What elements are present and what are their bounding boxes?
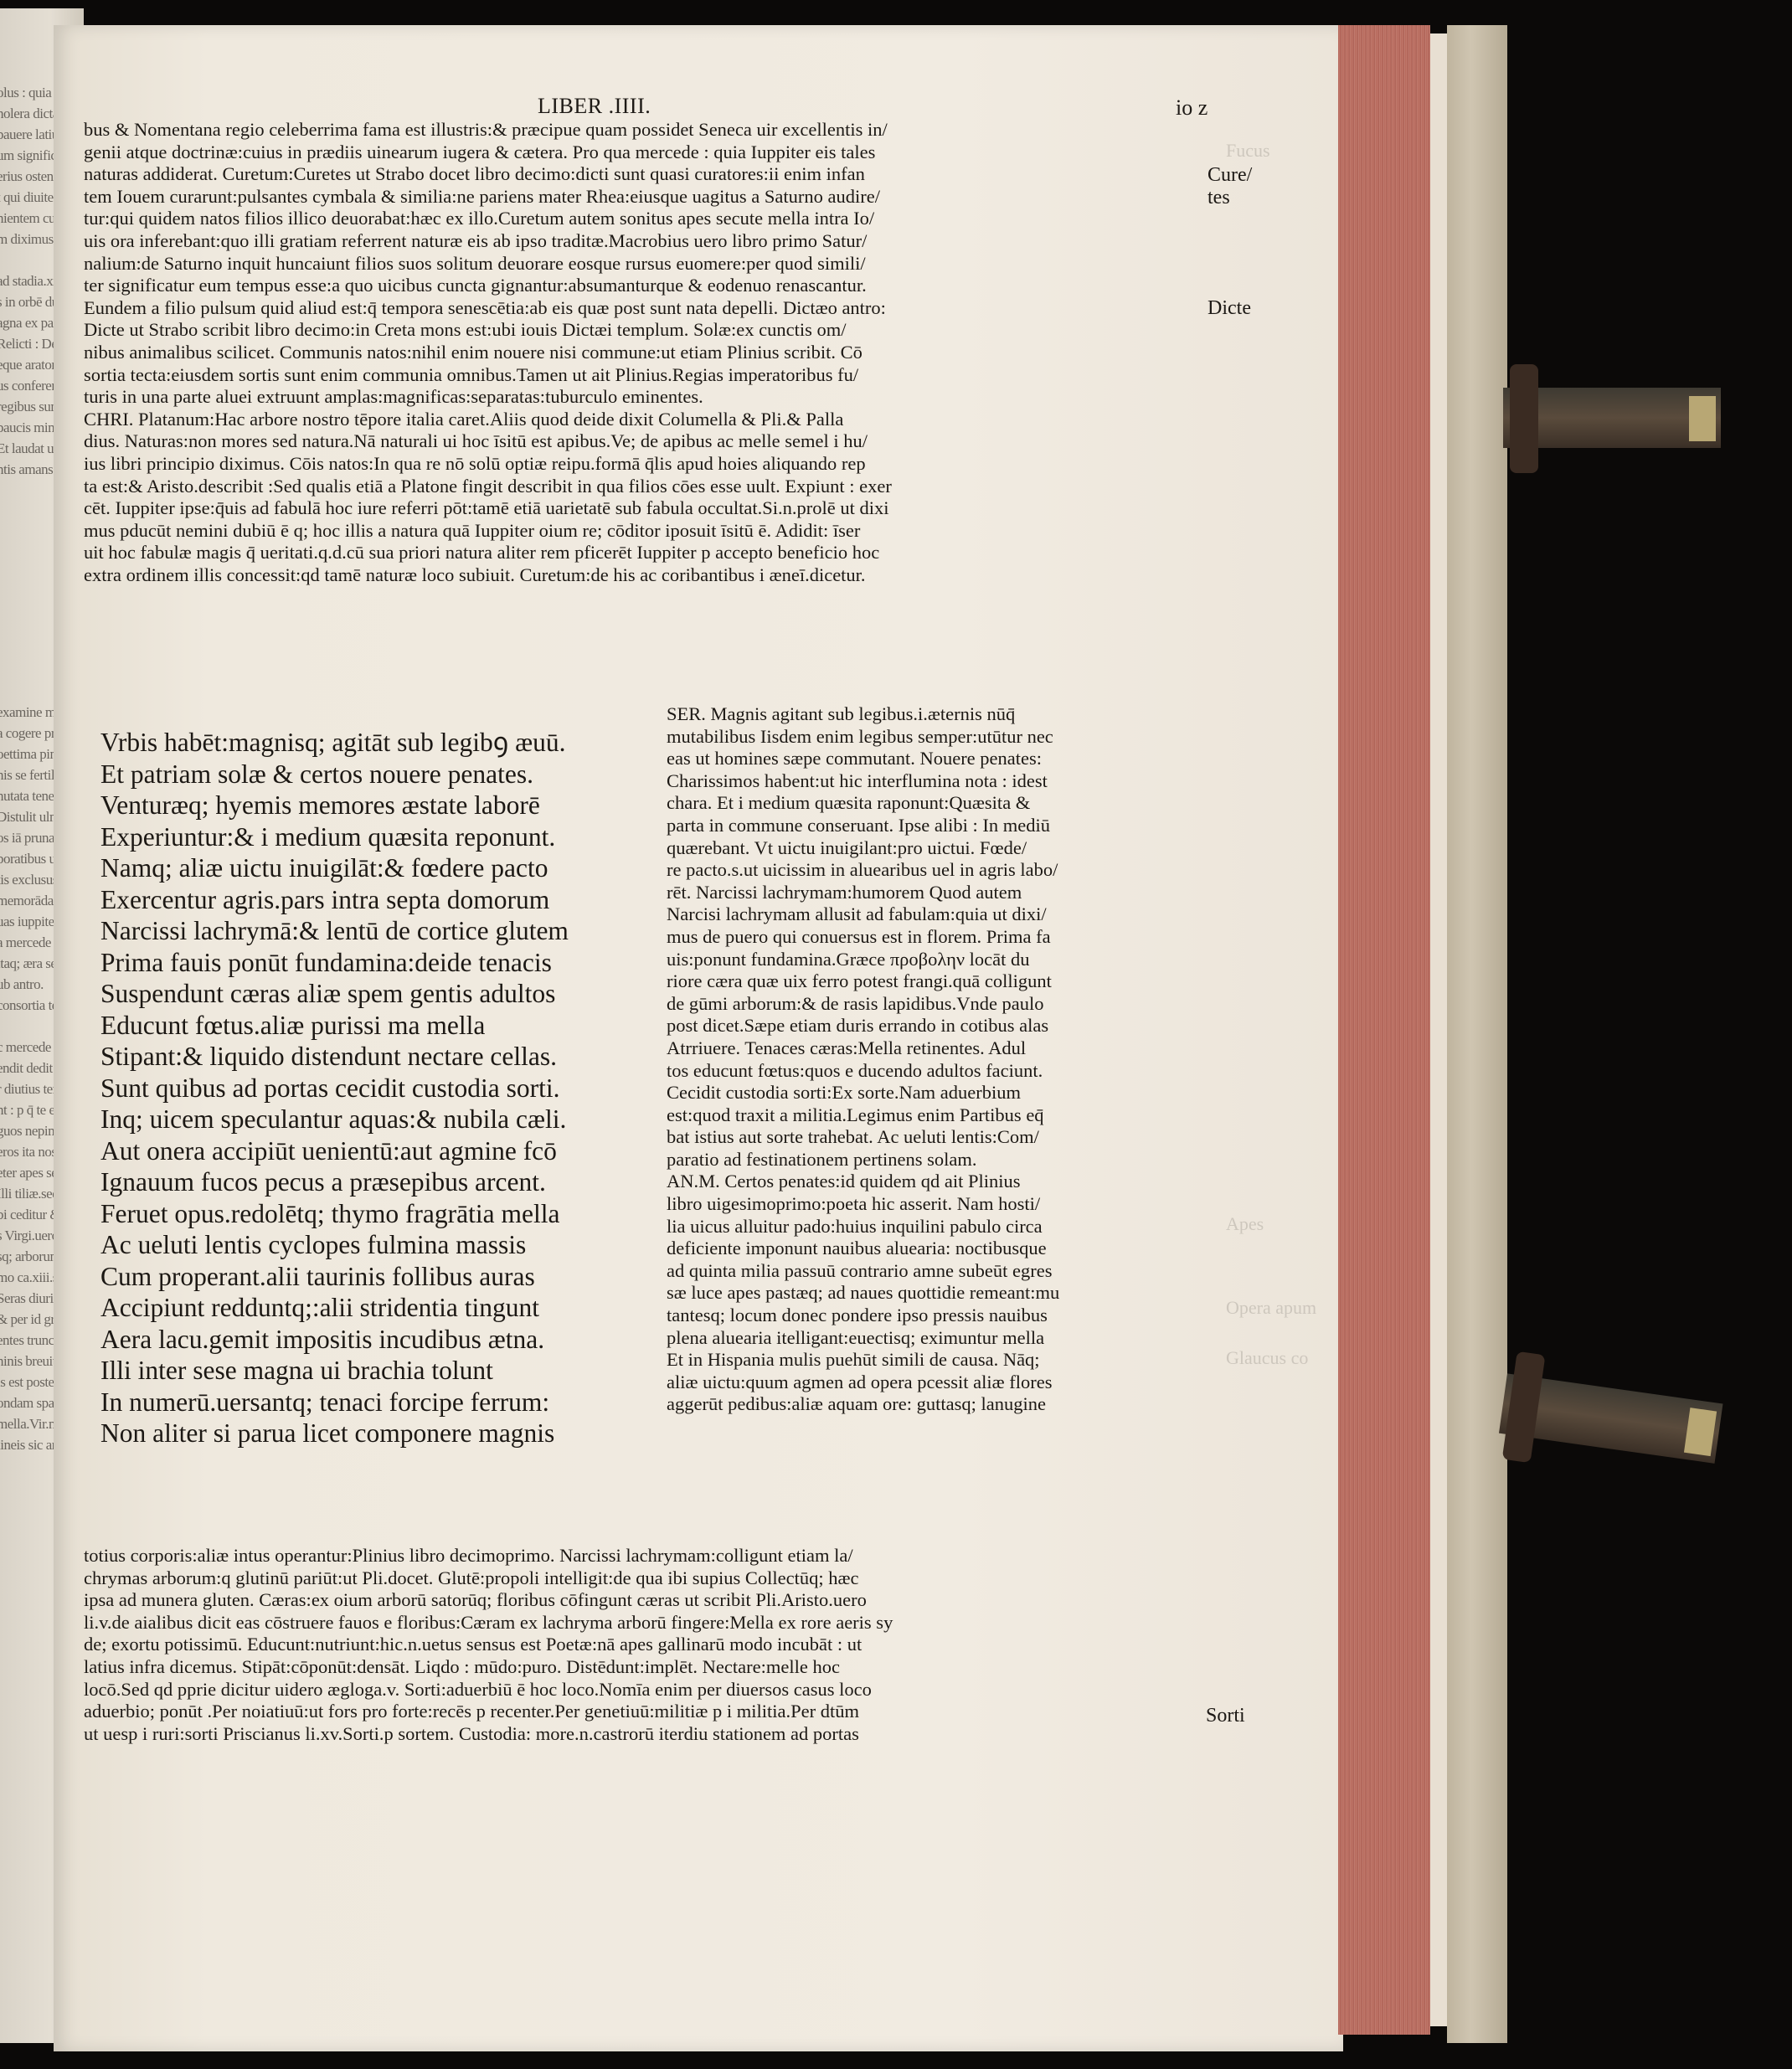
commentary-line: aduerbio; ponūt .Per noiatiuū:ut fors pr… (84, 1701, 1231, 1723)
commentary-line: Cecidit custodia sorti:Ex sorte.Nam adue… (667, 1082, 1236, 1104)
commentary-line: ipsa ad munera gluten. Cæras:ex oium arb… (84, 1589, 1231, 1612)
commentary-line: Dicte ut Strabo scribit libro decimo:in … (84, 319, 1231, 342)
verse-line: In numerū.uersantq; tenaci forcipe ferru… (100, 1387, 653, 1418)
commentary-line: parta in commune conseruant. Ipse alibi … (667, 815, 1236, 837)
verse-line: Illi inter sese magna ui brachia tolunt (100, 1355, 653, 1387)
commentary-line: uit hoc fabulæ magis q̄ ueritati.q.d.cū … (84, 542, 1231, 564)
verse-line: Suspendunt cæras aliæ spem gentis adulto… (100, 978, 653, 1010)
clasp-tab (1684, 1408, 1717, 1456)
verse-line: Aut onera accipiūt uenientū:aut agmine f… (100, 1135, 653, 1167)
commentary-line: paratio ad festinationem pertinens solam… (667, 1149, 1236, 1171)
show-through-text: Fucus (1226, 141, 1270, 161)
marginal-note-line: tes (1208, 187, 1252, 209)
commentary-line: totius corporis:aliæ intus operantur:Pli… (84, 1545, 1231, 1567)
commentary-line: extra ordinem illis concessit:qd tamē na… (84, 564, 1231, 587)
verse-line: Inq; uicem speculantur aquas:& nubila cæ… (100, 1104, 653, 1135)
commentary-line: Eundem a filio pulsum quid aliud est:q̄ … (84, 297, 1231, 320)
commentary-line: naturas addiderat. Curetum:Curetes ut St… (84, 163, 1231, 186)
commentary-line: Et in Hispania mulis puehūt simili de ca… (667, 1349, 1236, 1372)
commentary-line: cēt. Iuppiter ipse:q̄uis ad fabulā hoc i… (84, 497, 1231, 520)
commentary-line: li.v.de aialibus dicit eas cōstruere fau… (84, 1612, 1231, 1634)
verse-line: Vrbis habēt:magnisq; agitāt sub legibꝯ æ… (100, 727, 653, 759)
verse-line: Non aliter si parua licet componere magn… (100, 1418, 653, 1449)
verse-text: Vrbis habēt:magnisq; agitāt sub legibꝯ æ… (100, 727, 653, 1449)
commentary-line: aggerūt pedibus:aliæ aquam ore: guttasq;… (667, 1393, 1236, 1416)
clasp-knob (1502, 1351, 1546, 1463)
verse-line: Stipant:& liquido distendunt nectare cel… (100, 1041, 653, 1073)
verse-line: Sunt quibus ad portas cecidit custodia s… (100, 1073, 653, 1104)
facing-page-line: ub antro. (0, 975, 44, 994)
commentary-line: ut uesp i ruri:sorti Priscianus li.xv.So… (84, 1723, 1231, 1746)
marginal-note-dicte: Dicte (1208, 297, 1251, 320)
commentary-line: Atrriuere. Tenaces cæras:Mella retinente… (667, 1037, 1236, 1060)
commentary-line: Narcisi lachrymam allusit ad fabulam:qui… (667, 903, 1236, 926)
commentary-line: post dicet.Sæpe etiam duris errando in c… (667, 1015, 1236, 1037)
commentary-line: mus de puero qui conuersus est in florem… (667, 926, 1236, 949)
commentary-line: aliæ uictu:quum agmen ad opera pcessit a… (667, 1372, 1236, 1394)
commentary-line: sortia tecta:eiusdem sortis sunt enim co… (84, 364, 1231, 387)
commentary-line: rēt. Narcissi lachrymam:humorem Quod aut… (667, 882, 1236, 904)
verse-line: Narcissi lachrymā:& lentū de cortice glu… (100, 915, 653, 947)
commentary-line: uis ora inferebant:quo illi gratiam refe… (84, 230, 1231, 253)
commentary-line: SER. Magnis agitant sub legibus.i.æterni… (667, 703, 1236, 726)
commentary-line: tur:qui quidem natos filios illico deuor… (84, 208, 1231, 230)
commentary-line: est:quod traxit a militia.Legimus enim P… (667, 1104, 1236, 1127)
vellum-binding (1447, 25, 1507, 2043)
verse-line: Aera lacu.gemit impositis incudibus ætna… (100, 1324, 653, 1356)
commentary-line: plena aluearia itelligant:euectisq; exim… (667, 1327, 1236, 1350)
verse-line: Experiuntur:& i medium quæsita reponunt. (100, 821, 653, 853)
verse-line: Prima fauis ponūt fundamina:deide tenaci… (100, 947, 653, 979)
clasp-upper (1503, 388, 1721, 448)
commentary-line: sæ luce apes pastæq; ad naues quottidie … (667, 1282, 1236, 1305)
commentary-line: riore cæra quæ uix ferro potest frangi.q… (667, 970, 1236, 993)
commentary-line: uis:ponunt fundamina.Græce προβολην locā… (667, 949, 1236, 971)
clasp-tab (1689, 396, 1716, 441)
commentary-line: de gūmi arborum:& de rasis lapidibus.Vnd… (667, 993, 1236, 1016)
page-edge (1430, 33, 1447, 2026)
commentary-line: mutabilibus Iisdem enim legibus semper:u… (667, 726, 1236, 749)
marginal-note-sorti: Sorti (1206, 1705, 1245, 1727)
facing-page-line: oettima pin (0, 745, 56, 764)
commentary-line: Charissimos habent:ut hic interflumina n… (667, 770, 1236, 793)
commentary-line: deficiente imponunt nauibus aluearia: no… (667, 1238, 1236, 1260)
commentary-line: bus & Nomentana regio celeberrima fama e… (84, 119, 1231, 142)
commentary-line: ter significatur eum tempus esse:a quo u… (84, 275, 1231, 297)
marginal-note-curetes: Cure/ tes (1208, 164, 1252, 209)
facing-page-line: a cogere pre (0, 724, 61, 743)
clasp-knob (1510, 364, 1538, 473)
verse-line: Et patriam solæ & certos nouere penates. (100, 759, 653, 790)
commentary-line: latius infra dicemus. Stipāt:cōponūt:den… (84, 1656, 1231, 1679)
commentary-line: de; exortu potissimū. Educunt:nutriunt:h… (84, 1634, 1231, 1656)
verse-line: Cum properant.alii taurinis follibus aur… (100, 1261, 653, 1293)
show-through-text: Apes (1226, 1214, 1264, 1234)
bottom-commentary: totius corporis:aliæ intus operantur:Pli… (84, 1545, 1231, 1745)
commentary-line: turis in una parte aluei extruunt amplas… (84, 386, 1231, 409)
book-page: LIBER .IIII. io z bus & Nomentana regio … (54, 25, 1343, 2051)
verse-line: Venturæq; hyemis memores æstate laborē (100, 790, 653, 821)
folio-number: io z (1176, 95, 1208, 121)
commentary-line: tem Iouem curarunt:pulsantes cymbala & s… (84, 186, 1231, 208)
commentary-line: ta est:& Aristo.describit :Sed qualis et… (84, 476, 1231, 498)
clasp-lower (1499, 1373, 1722, 1463)
commentary-line: lia uicus alluitur pado:huius inquilini … (667, 1216, 1236, 1238)
commentary-line: libro uigesimoprimo:poeta hic asserit. N… (667, 1193, 1236, 1216)
red-fore-edge (1338, 25, 1430, 2035)
commentary-line: nalium:de Saturno inquit huncaiunt filio… (84, 253, 1231, 275)
commentary-line: dius. Naturas:non mores sed natura.Nā na… (84, 430, 1231, 453)
side-commentary: SER. Magnis agitant sub legibus.i.æterni… (667, 703, 1236, 1416)
show-through-text: Glaucus co (1226, 1348, 1308, 1368)
commentary-line: bat istius aut sorte trahebat. Ac ueluti… (667, 1126, 1236, 1149)
verse-line: Namq; aliæ uictu inuigilāt:& fœdere pact… (100, 852, 653, 884)
commentary-line: ad quinta milia passuū contrario amne su… (667, 1260, 1236, 1283)
verse-line: Accipiunt redduntq;:alii stridentia ting… (100, 1292, 653, 1324)
commentary-line: chara. Et i medium quæsita raponunt:Quæs… (667, 792, 1236, 815)
commentary-line: chrymas arborum:q glutinū pariūt:ut Pli.… (84, 1567, 1231, 1590)
commentary-line: mus pducūt nemini dubiū ē q; hoc illis a… (84, 520, 1231, 543)
commentary-line: tantesq; locum donec pondere ipso pressi… (667, 1305, 1236, 1327)
verse-line: Feruet opus.redolētq; thymo fragrātia me… (100, 1198, 653, 1230)
commentary-line: genii atque doctrinæ:cuius in prædiis ui… (84, 142, 1231, 164)
verse-line: Ignauum fucos pecus a præsepibus arcent. (100, 1166, 653, 1198)
commentary-line: re pacto.s.ut uicissim in aluearibus uel… (667, 859, 1236, 882)
commentary-line: CHRI. Platanum:Hac arbore nostro tēpore … (84, 409, 1231, 431)
commentary-line: nibus animalibus scilicet. Communis nato… (84, 342, 1231, 364)
commentary-line: tos educunt fœtus:quos e ducendo adultos… (667, 1060, 1236, 1083)
commentary-line: quærebant. Vt uictu inuigilant:pro uictu… (667, 837, 1236, 860)
running-title: LIBER .IIII. (538, 94, 651, 119)
verse-line: Exercentur agris.pars intra septa domoru… (100, 884, 653, 916)
top-commentary: bus & Nomentana regio celeberrima fama e… (84, 119, 1231, 586)
commentary-line: locō.Sed qd pprie dicitur uidero ægloga.… (84, 1679, 1231, 1701)
show-through-text: Opera apum (1226, 1298, 1316, 1318)
commentary-line: AN.M. Certos penates:id quidem qd ait Pl… (667, 1171, 1236, 1193)
commentary-line: eas ut homines sæpe commutant. Nouere pe… (667, 748, 1236, 770)
commentary-line: ius libri principio diximus. Cōis natos:… (84, 453, 1231, 476)
verse-line: Educunt fœtus.aliæ purissi ma mella (100, 1010, 653, 1042)
verse-line: Ac ueluti lentis cyclopes fulmina massis (100, 1229, 653, 1261)
marginal-note-line: Cure/ (1208, 164, 1252, 187)
